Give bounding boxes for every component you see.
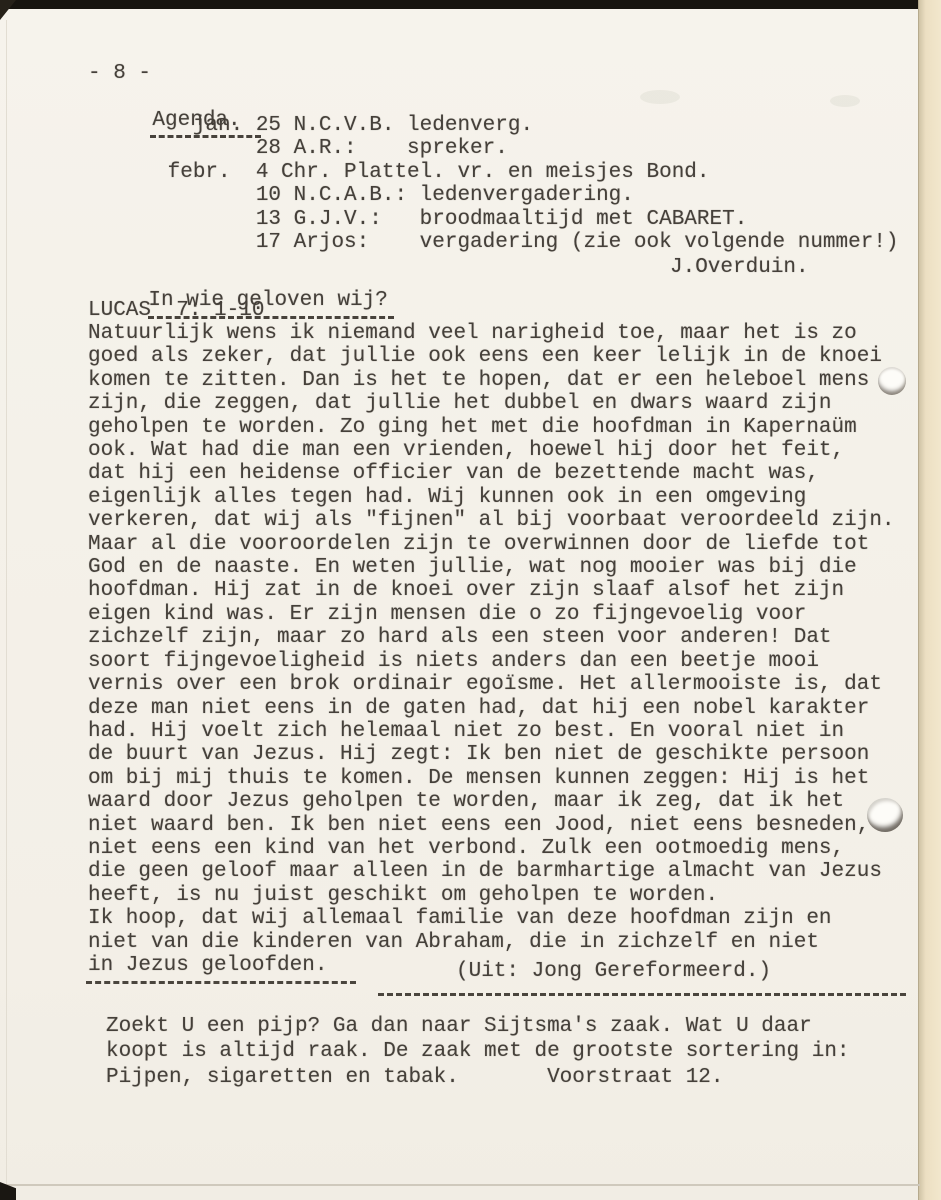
- page-number: - 8 -: [88, 62, 151, 85]
- agenda-schedule: jan. 25 N.C.V.B. ledenverg. 28 A.R.: spr…: [92, 114, 899, 254]
- page-bottom-edge: [0, 1184, 920, 1186]
- scan-corner-shadow: [0, 0, 16, 20]
- page-stack-edge: [918, 0, 941, 1200]
- punch-hole-top: [878, 367, 906, 395]
- punch-hole-bottom: [867, 798, 903, 832]
- divider-right: [378, 993, 906, 996]
- divider-left: [86, 981, 356, 984]
- scan-top-edge: [0, 0, 941, 9]
- paper-smudge: [640, 90, 680, 104]
- article-body: Natuurlijk wens ik niemand veel narighei…: [88, 322, 895, 977]
- advertisement-text: Zoekt U een pijp? Ga dan naar Sijtsma's …: [106, 1014, 850, 1090]
- page-left-crease: [6, 20, 7, 1190]
- agenda-signature: J.Overduin.: [670, 256, 809, 279]
- paper-smudge: [830, 95, 860, 107]
- scripture-reference: LUCAS 7: 1-10: [88, 299, 264, 322]
- scanned-newsletter-page: - 8 - Agenda. jan. 25 N.C.V.B. ledenverg…: [0, 0, 941, 1200]
- article-attribution: (Uit: Jong Gereformeerd.): [456, 960, 771, 983]
